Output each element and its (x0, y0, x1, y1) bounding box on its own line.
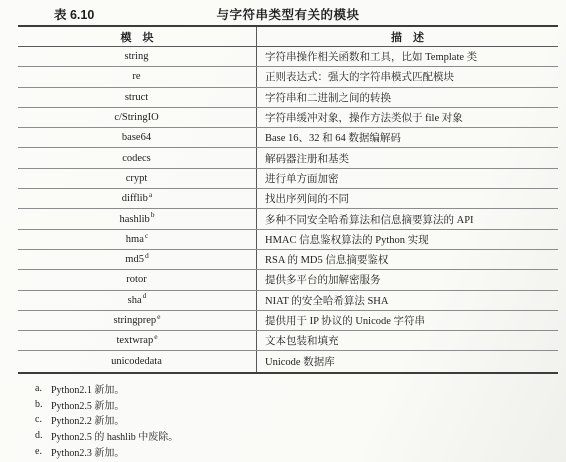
module-cell: base64 (18, 128, 257, 147)
desc-cell: 找出序列间的不同 (257, 189, 558, 208)
module-cell: hmac (18, 230, 257, 249)
module-desc: 多种不同安全哈希算法和信息摘要算法的 API (265, 212, 474, 227)
footnote-ref: d (143, 292, 147, 300)
module-desc: 进行单方面加密 (265, 171, 339, 186)
footnote-ref: e (154, 333, 157, 341)
module-desc: Base 16、32 和 64 数据编解码 (265, 130, 401, 145)
footnote-label: c. (35, 414, 51, 425)
module-cell: textwrape (18, 331, 257, 350)
footnote-ref: e (157, 313, 160, 321)
module-name: hashlib (119, 214, 149, 225)
desc-cell: 正则表达式：强大的字符串模式匹配模块 (257, 67, 558, 86)
module-desc: 字符串和二进制之间的转换 (265, 90, 391, 105)
table-caption-row: 表 6.10 与字符串类型有关的模块 (18, 5, 558, 24)
module-desc: 字符串操作相关函数和工具，比如 Template 类 (265, 49, 477, 64)
module-name: md5 (125, 254, 144, 265)
table-row: c/StringIO 字符串缓冲对象，操作方法类似于 file 对象 (18, 108, 558, 128)
desc-cell: 进行单方面加密 (257, 169, 558, 188)
desc-cell: 多种不同安全哈希算法和信息摘要算法的 API (257, 209, 558, 228)
module-cell: stringprepe (18, 311, 257, 330)
module-name: difflib (122, 193, 148, 204)
column-header-module: 模 块 (18, 27, 257, 46)
footnote-label: a. (35, 383, 51, 394)
desc-cell: 文本包装和填充 (257, 331, 558, 350)
table-row: stringprepe 提供用于 IP 协议的 Unicode 字符串 (18, 311, 558, 331)
module-desc: 找出序列间的不同 (265, 191, 349, 206)
desc-cell: 字符串缓冲对象，操作方法类似于 file 对象 (257, 108, 558, 127)
module-name: codecs (122, 153, 151, 164)
module-cell: struct (18, 88, 257, 107)
column-header-module-label: 模 块 (121, 29, 154, 45)
module-name: struct (125, 92, 148, 103)
footnote: c.Python2.2 新加。 (35, 412, 178, 428)
table-row: md5d RSA 的 MD5 信息摘要鉴权 (18, 250, 558, 270)
desc-cell: RSA 的 MD5 信息摘要鉴权 (257, 250, 558, 269)
desc-cell: Unicode 数据库 (257, 351, 558, 371)
footnote-ref: c (145, 232, 148, 240)
module-cell: crypt (18, 169, 257, 188)
module-desc: HMAC 信息鉴权算法的 Python 实现 (265, 232, 429, 247)
module-name: hma (126, 234, 144, 245)
table-row: codecs 解码器注册和基类 (18, 148, 558, 168)
table-row: rotor 提供多平台的加解密服务 (18, 270, 558, 290)
footnote-text: Python2.5 新加。 (51, 397, 124, 412)
module-desc: 提供多平台的加解密服务 (265, 272, 381, 287)
module-cell: codecs (18, 148, 257, 167)
footnote: e.Python2.3 新加。 (35, 443, 178, 459)
footnote-ref: d (145, 252, 149, 260)
module-cell: shad (18, 291, 257, 310)
modules-table: 模 块 描 述 string 字符串操作相关函数和工具，比如 Template … (18, 25, 558, 374)
module-name: unicodedata (111, 356, 162, 367)
table-title: 与字符串类型有关的模块 (18, 5, 558, 23)
desc-cell: 字符串和二进制之间的转换 (257, 88, 558, 107)
footnote-ref: b (151, 211, 155, 219)
module-name: rotor (126, 274, 146, 285)
module-desc: 字符串缓冲对象，操作方法类似于 file 对象 (265, 110, 463, 125)
module-name: re (132, 71, 140, 82)
footnote-text: Python2.2 新加。 (51, 412, 124, 427)
module-name: base64 (122, 132, 151, 143)
module-cell: rotor (18, 270, 257, 289)
footnotes: a.Python2.1 新加。 b.Python2.5 新加。 c.Python… (35, 381, 178, 459)
desc-cell: 解码器注册和基类 (257, 148, 558, 167)
desc-cell: 字符串操作相关函数和工具，比如 Template 类 (257, 47, 558, 66)
module-desc: 解码器注册和基类 (265, 151, 349, 166)
module-cell: unicodedata (18, 351, 257, 371)
module-desc: 提供用于 IP 协议的 Unicode 字符串 (265, 313, 425, 328)
footnote-label: b. (35, 399, 51, 410)
module-desc: RSA 的 MD5 信息摘要鉴权 (265, 252, 388, 267)
module-desc: NIAT 的安全哈希算法 SHA (265, 293, 388, 308)
table-row: crypt 进行单方面加密 (18, 169, 558, 189)
column-header-desc: 描 述 (257, 27, 558, 46)
desc-cell: Base 16、32 和 64 数据编解码 (257, 128, 558, 147)
module-desc: 文本包装和填充 (265, 333, 339, 348)
table-row: textwrape 文本包装和填充 (18, 331, 558, 351)
table-row: hmac HMAC 信息鉴权算法的 Python 实现 (18, 230, 558, 250)
module-desc: Unicode 数据库 (265, 354, 335, 369)
module-cell: diffliba (18, 189, 257, 208)
footnote: a.Python2.1 新加。 (35, 381, 178, 397)
footnote: b.Python2.5 新加。 (35, 397, 178, 413)
footnote: d.Python2.5 的 hashlib 中废除。 (35, 428, 178, 444)
table-row: struct 字符串和二进制之间的转换 (18, 88, 558, 108)
desc-cell: 提供多平台的加解密服务 (257, 270, 558, 289)
desc-cell: HMAC 信息鉴权算法的 Python 实现 (257, 230, 558, 249)
module-cell: c/StringIO (18, 108, 257, 127)
footnote-label: e. (35, 446, 51, 457)
table-header-row: 模 块 描 述 (18, 27, 558, 47)
module-cell: hashlibb (18, 209, 257, 228)
module-name: c/StringIO (114, 112, 158, 123)
table-row: hashlibb 多种不同安全哈希算法和信息摘要算法的 API (18, 209, 558, 229)
book-page: 表 6.10 与字符串类型有关的模块 模 块 描 述 string 字符串操作相… (0, 0, 566, 462)
module-cell: md5d (18, 250, 257, 269)
table-row: diffliba 找出序列间的不同 (18, 189, 558, 209)
module-cell: string (18, 47, 257, 66)
table-row: re 正则表达式：强大的字符串模式匹配模块 (18, 67, 558, 87)
desc-cell: NIAT 的安全哈希算法 SHA (257, 291, 558, 310)
footnote-text: Python2.5 的 hashlib 中废除。 (51, 428, 178, 443)
table-row: shad NIAT 的安全哈希算法 SHA (18, 291, 558, 311)
module-name: sha (128, 295, 142, 306)
module-cell: re (18, 67, 257, 86)
table-row: string 字符串操作相关函数和工具，比如 Template 类 (18, 47, 558, 67)
footnote-text: Python2.1 新加。 (51, 381, 124, 396)
column-header-desc-label: 描 述 (391, 29, 424, 45)
table-row: unicodedata Unicode 数据库 (18, 351, 558, 371)
footnote-text: Python2.3 新加。 (51, 444, 124, 459)
table-row: base64 Base 16、32 和 64 数据编解码 (18, 128, 558, 148)
footnote-label: d. (35, 430, 51, 441)
module-name: crypt (126, 173, 148, 184)
module-name: string (125, 51, 149, 62)
module-desc: 正则表达式：强大的字符串模式匹配模块 (265, 69, 454, 84)
desc-cell: 提供用于 IP 协议的 Unicode 字符串 (257, 311, 558, 330)
module-name: stringprep (114, 315, 157, 326)
footnote-ref: a (149, 191, 152, 199)
module-name: textwrap (116, 335, 153, 346)
